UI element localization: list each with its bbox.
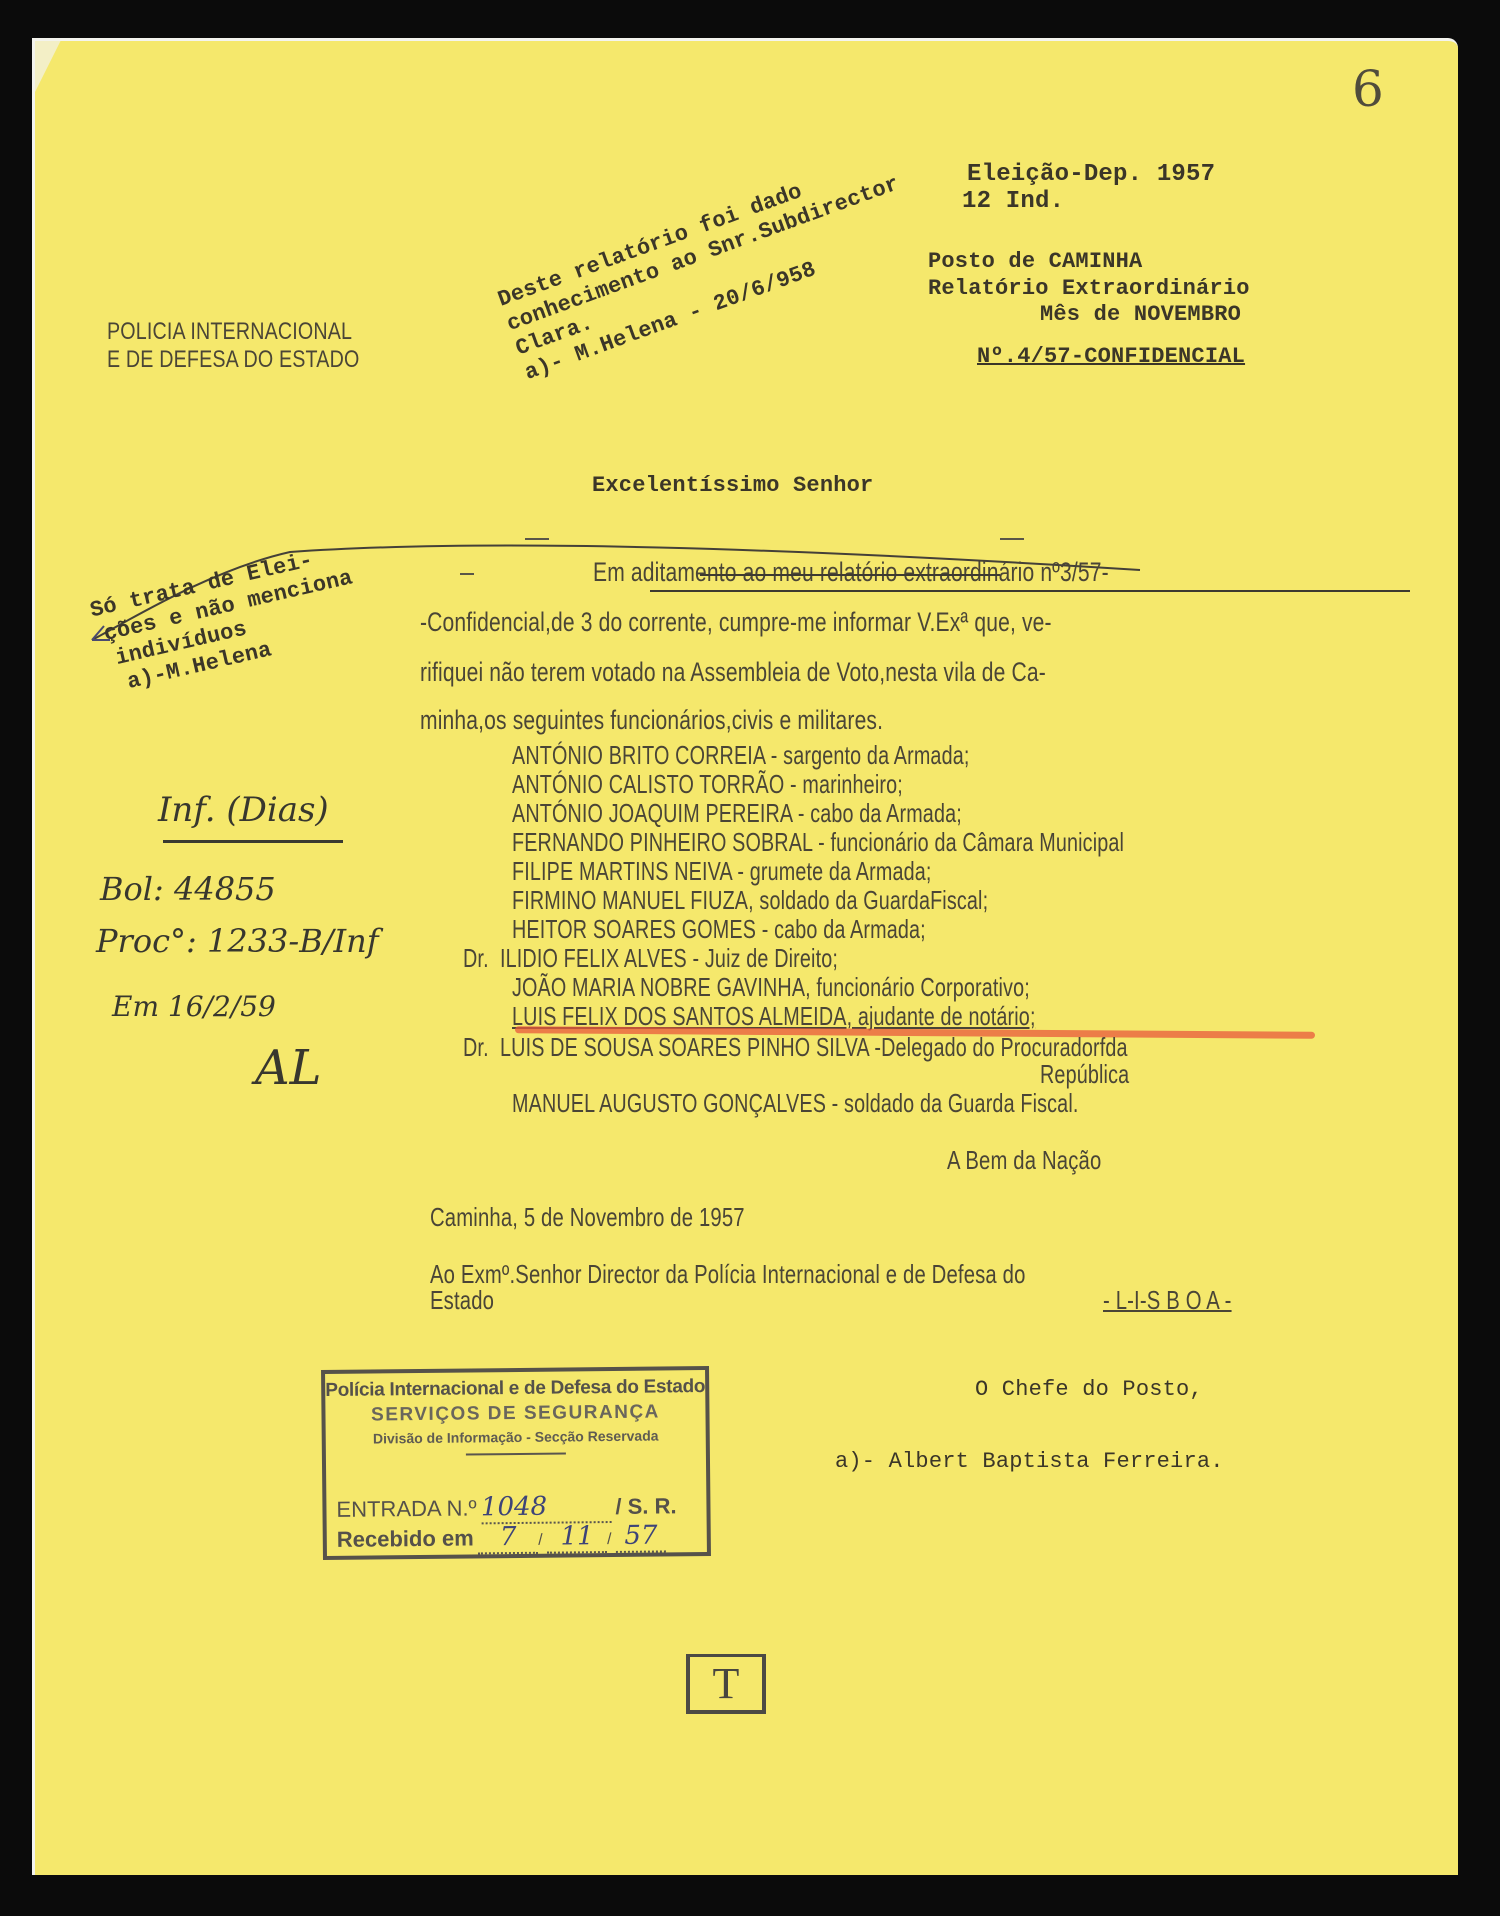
person-item: FIRMINO MANUEL FIUZA, soldado da GuardaF… bbox=[512, 888, 988, 912]
strike-through bbox=[700, 574, 1000, 576]
person-prefix: Dr. bbox=[463, 1035, 489, 1059]
addressee-line-1: Ao Exmº.Senhor Director da Polícia Inter… bbox=[430, 1262, 1026, 1286]
stamp-received-day-field: 7 bbox=[478, 1522, 538, 1555]
t-box-stamp: T bbox=[686, 1654, 766, 1714]
page-number: 6 bbox=[1352, 60, 1384, 118]
addressee-city: - L-I-S B O A - bbox=[1103, 1288, 1232, 1312]
handwritten-initials: AL bbox=[255, 1040, 322, 1096]
person-prefix: Dr. bbox=[463, 946, 489, 970]
handwritten-underline bbox=[163, 840, 343, 843]
report-number: Nº.4/57-CONFIDENCIAL bbox=[977, 345, 1245, 369]
person-item-highlighted: LUIS FELIX DOS SANTOS ALMEIDA, ajudante … bbox=[512, 1004, 1036, 1028]
stamp-entry-label: ENTRADA N.º bbox=[336, 1495, 476, 1521]
body-line-3: rifiquei não terem votado na Assembleia … bbox=[420, 660, 1046, 684]
stamp-service: SERVIÇOS DE SEGURANÇA bbox=[325, 1401, 705, 1427]
addressee-line-2: Estado bbox=[430, 1288, 494, 1312]
person-item: HEITOR SOARES GOMES - cabo da Armada; bbox=[512, 917, 926, 941]
signature-name: a)- Albert Baptista Ferreira. bbox=[835, 1450, 1224, 1474]
body-line-2: -Confidencial,de 3 do corrente, cumpre-m… bbox=[420, 610, 1052, 634]
stamp-received-label: Recebido em bbox=[337, 1525, 474, 1551]
stamp-entry-suffix: / S. R. bbox=[615, 1493, 676, 1519]
torn-corner bbox=[32, 38, 62, 98]
handwritten-note-inf: Inf. (Dias) bbox=[158, 790, 329, 830]
body-line-4: minha,os seguintes funcionários,civis e … bbox=[420, 708, 883, 732]
post-name: Posto de CAMINHA bbox=[928, 250, 1142, 274]
reception-stamp: Polícia Internacional e de Defesa do Est… bbox=[321, 1366, 711, 1560]
person-item-continuation: República bbox=[1040, 1062, 1129, 1086]
agency-line-2: E DE DEFESA DO ESTADO bbox=[107, 348, 359, 372]
agency-line-1: POLICIA INTERNACIONAL bbox=[107, 320, 352, 344]
place-date: Caminha, 5 de Novembro de 1957 bbox=[430, 1205, 745, 1229]
stamp-received-year: 57 bbox=[624, 1521, 657, 1551]
person-item: ANTÓNIO CALISTO TORRÃO - marinheiro; bbox=[512, 772, 903, 796]
file-reference-count: 12 Ind. bbox=[962, 190, 1064, 214]
stamp-entry-number: 1048 bbox=[481, 1492, 547, 1523]
stamp-divider bbox=[466, 1452, 566, 1455]
stamp-received-year-field: 57 bbox=[616, 1520, 666, 1553]
handwritten-date: Em 16/2/59 bbox=[112, 990, 276, 1023]
report-type: Relatório Extraordinário bbox=[928, 277, 1250, 301]
person-item: FERNANDO PINHEIRO SOBRAL - funcionário d… bbox=[512, 830, 1124, 854]
person-item: MANUEL AUGUSTO GONÇALVES - soldado da Gu… bbox=[512, 1091, 1079, 1115]
handwritten-process: Proc°: 1233-B/Inf bbox=[96, 922, 379, 960]
salutation: Excelentíssimo Senhor bbox=[592, 474, 873, 498]
signature-title: O Chefe do Posto, bbox=[975, 1378, 1203, 1402]
file-reference: Eleição-Dep. 1957 bbox=[967, 163, 1215, 187]
stamp-agency: Polícia Internacional e de Defesa do Est… bbox=[325, 1376, 705, 1402]
stamp-received-month-field: 11 bbox=[547, 1521, 607, 1554]
person-item: ANTÓNIO BRITO CORREIA - sargento da Arma… bbox=[512, 743, 970, 767]
stamp-received-month: 11 bbox=[560, 1521, 593, 1551]
person-item: FILIPE MARTINS NEIVA - grumete da Armada… bbox=[512, 859, 932, 883]
stamp-received-day: 7 bbox=[500, 1522, 517, 1552]
person-item: ILIDIO FELIX ALVES - Juiz de Direito; bbox=[500, 946, 838, 970]
stamp-division: Divisão de Informação - Secção Reservada bbox=[326, 1427, 706, 1447]
stamp-received-row: Recebido em 7/ 11/ 57 bbox=[337, 1520, 697, 1556]
closing: A Bem da Nação bbox=[947, 1148, 1101, 1172]
person-item: LUIS DE SOUSA SOARES PINHO SILVA -Delega… bbox=[500, 1035, 1128, 1059]
report-month: Mês de NOVEMBRO bbox=[1040, 303, 1241, 327]
body-line-1: Em aditamento ao meu relatório extraordi… bbox=[593, 560, 1109, 584]
handwritten-bulletin: Bol: 44855 bbox=[100, 870, 276, 908]
underline-mark bbox=[650, 590, 1410, 592]
person-item: JOÃO MARIA NOBRE GAVINHA, funcionário Co… bbox=[512, 975, 1030, 999]
stamp-entry-field: 1048 bbox=[481, 1491, 611, 1524]
person-item: ANTÓNIO JOAQUIM PEREIRA - cabo da Armada… bbox=[512, 801, 962, 825]
